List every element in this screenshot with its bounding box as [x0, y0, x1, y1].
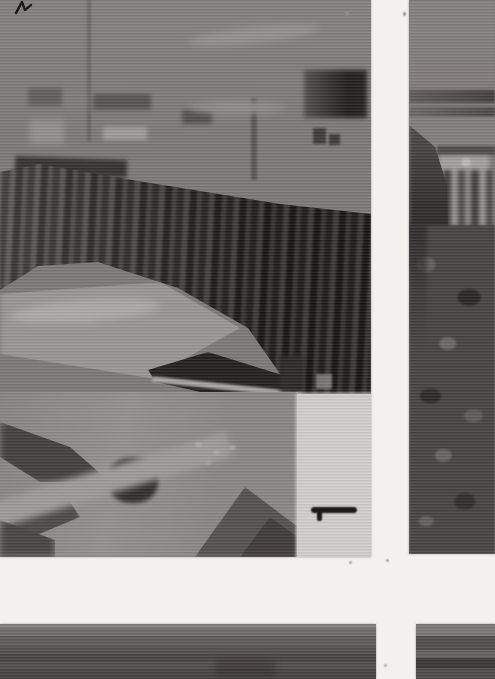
dark-mark — [313, 128, 326, 144]
scanned-sheet — [0, 0, 495, 679]
dash-mark — [311, 505, 359, 523]
dark-wedge — [280, 356, 304, 392]
dash-tick — [317, 511, 322, 521]
photo-bottom-left-strip — [0, 624, 376, 679]
dark-building — [304, 70, 367, 118]
photo-right-frame — [409, 0, 495, 554]
dust-speck — [349, 561, 352, 564]
ink-squiggle-mark — [14, 0, 34, 16]
photo-bottom-right-strip — [416, 624, 495, 679]
blown-out-notch — [297, 394, 371, 557]
dark-band — [437, 146, 495, 155]
bright-spot — [461, 158, 471, 167]
dark-band — [409, 107, 495, 117]
dark-mark — [329, 134, 340, 145]
light-specks — [195, 442, 202, 447]
structure-blob — [93, 94, 151, 110]
light-patch — [103, 127, 147, 140]
photo-left-frame — [0, 0, 371, 557]
dark-band — [409, 90, 495, 103]
light-streak — [190, 101, 285, 114]
light-patch — [316, 374, 332, 389]
dust-speck — [403, 12, 406, 16]
structure-blob — [28, 88, 62, 106]
light-patch — [30, 120, 64, 144]
dust-speck — [345, 11, 349, 16]
dust-speck — [386, 559, 389, 562]
foreground-ground — [0, 392, 298, 557]
dark-patch — [215, 660, 275, 676]
pole — [87, 0, 91, 142]
edge-shadow — [409, 225, 427, 345]
dust-speck — [384, 664, 387, 667]
